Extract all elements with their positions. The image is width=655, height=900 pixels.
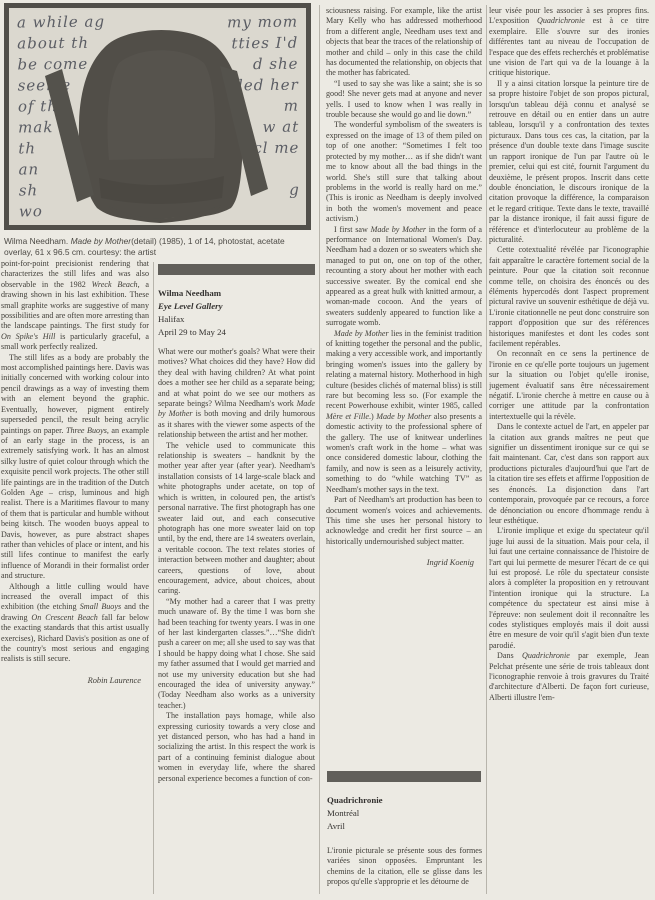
section-divider-bar	[327, 771, 481, 782]
paragraph: Il y a ainsi citation lorsque la peintur…	[489, 79, 649, 246]
paragraph: I first saw Made by Mother in the form o…	[326, 225, 482, 329]
paragraph: The still lifes as a body are probably t…	[1, 353, 149, 582]
exhibition-dates: April 29 to May 24	[158, 326, 315, 339]
paragraph: “I used to say she was like a saint; she…	[326, 79, 482, 121]
paragraph: “My mother had a career that I was prett…	[158, 597, 315, 711]
quadrichronie-section: Quadrichronie Montréal Avril	[327, 771, 481, 833]
needham-review-column-2: sciousness raising. For example, like th…	[326, 6, 482, 756]
paragraph: L'ironie implique et exige du spectateur…	[489, 526, 649, 651]
gallery-city: Halifax	[158, 313, 315, 326]
paragraph: Made by Mother lies in the feminist trad…	[326, 329, 482, 496]
artist-name: Wilma Needham	[158, 287, 315, 300]
section-divider-bar	[158, 264, 315, 275]
gallery-name: Eye Level Gallery	[158, 300, 315, 313]
review-header-needham: Wilma Needham Eye Level Gallery Halifax …	[158, 287, 315, 339]
paragraph: Part of Needham's art production has bee…	[326, 495, 482, 547]
paragraph: point-for-point precisionist rendering t…	[1, 259, 149, 353]
paragraph: The vehicle used to communicate this rel…	[158, 441, 315, 597]
paragraph: Dans le contexte actuel de l'art, en app…	[489, 422, 649, 526]
quadrichronie-column-1: L'ironie picturale se présente sous des …	[327, 846, 482, 898]
paragraph: L'ironie picturale se présente sous des …	[327, 846, 482, 888]
paragraph: leur visée pour les associer à ses propr…	[489, 6, 649, 79]
paragraph: sciousness raising. For example, like th…	[326, 6, 482, 79]
sweater-silhouette	[9, 8, 306, 225]
needham-review-column-1: Wilma Needham Eye Level Gallery Halifax …	[158, 264, 315, 897]
paragraph: Although a little culling would have inc…	[1, 582, 149, 665]
review-header-quadrichronie: Quadrichronie Montréal Avril	[327, 794, 481, 833]
paragraph: Cette cotextualité révélée par l'iconogr…	[489, 245, 649, 349]
exhibition-dates: Avril	[327, 820, 481, 833]
signature-robin-laurence: Robin Laurence	[1, 676, 149, 686]
column-rule	[319, 5, 320, 894]
exhibition-city: Montréal	[327, 807, 481, 820]
artwork-photo: a while ag about th be come seeme of the…	[4, 3, 311, 230]
magazine-page: a while ag about th be come seeme of the…	[0, 0, 655, 900]
column-rule	[153, 262, 154, 894]
column-rule	[486, 5, 487, 894]
paragraph: What were our mother's goals? What were …	[158, 347, 315, 441]
signature-ingrid-koenig: Ingrid Koenig	[326, 558, 482, 568]
paragraph: Dans Quadrichronie par exemple, Jean Pel…	[489, 651, 649, 703]
exhibition-title: Quadrichronie	[327, 794, 481, 807]
paragraph: On reconnaît en ce sens la pertinence de…	[489, 349, 649, 422]
paragraph: The installation pays homage, while also…	[158, 711, 315, 784]
davis-review-column: point-for-point precisionist rendering t…	[1, 259, 149, 819]
quadrichronie-column-2: leur visée pour les associer à ses propr…	[489, 6, 649, 898]
photo-caption: Wilma Needham. Made by Mother(detail) (1…	[4, 236, 311, 257]
paragraph: The wonderful symbolism of the sweaters …	[326, 120, 482, 224]
